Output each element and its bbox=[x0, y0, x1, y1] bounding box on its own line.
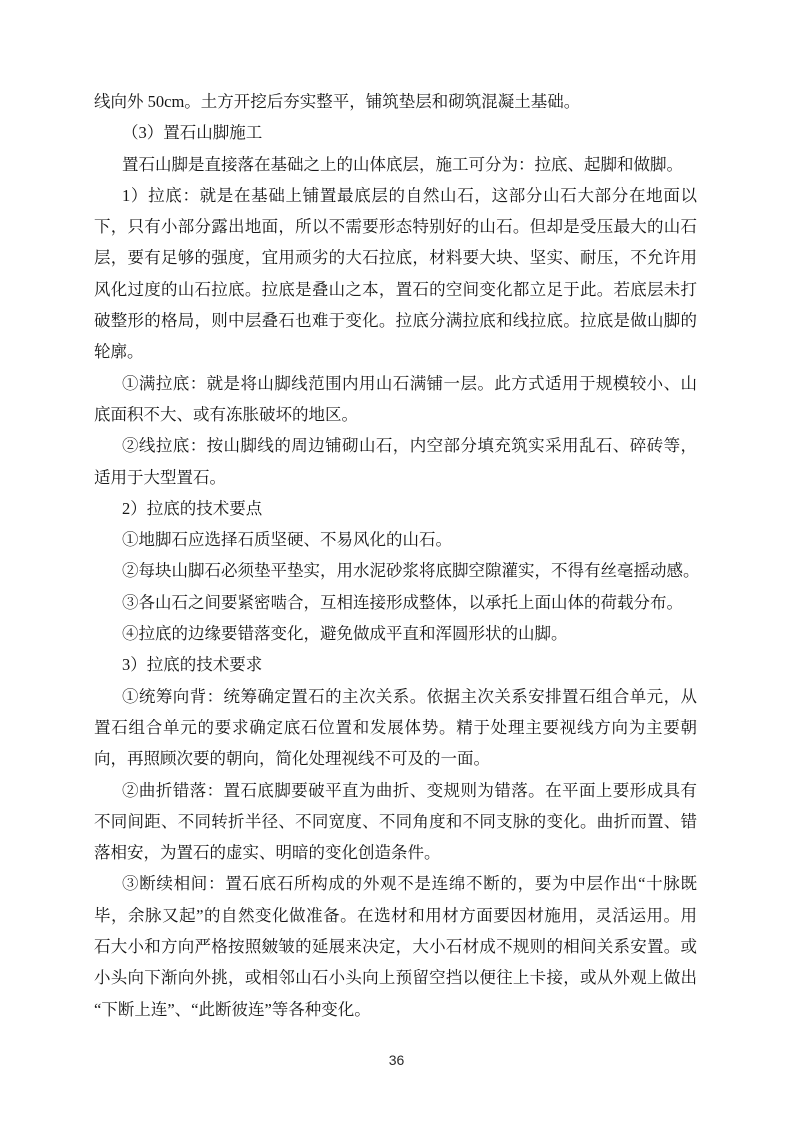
text-line: 层，要有足够的强度，宜用顽劣的大石拉底，材料要大块、坚实、耐压，不允许用 bbox=[94, 242, 697, 273]
text-line: ②每块山脚石必须垫平垫实，用水泥砂浆将底脚空隙灌实，不得有丝毫摇动感。 bbox=[94, 555, 697, 586]
text-line: 不同间距、不同转折半径、不同宽度、不同角度和不同支脉的变化。曲折而置、错 bbox=[94, 806, 697, 837]
text-line: 1）拉底：就是在基础上铺置最底层的自然山石，这部分山石大部分在地面以 bbox=[94, 180, 697, 211]
text-line: ②曲折错落：置石底脚要破平直为曲折、变规则为错落。在平面上要形成具有 bbox=[94, 775, 697, 806]
text-line: 石大小和方向严格按照皴皱的延展来决定，大小石材成不规则的相间关系安置。或 bbox=[94, 931, 697, 962]
page-number: 36 bbox=[0, 1052, 793, 1068]
text-line: （3）置石山脚施工 bbox=[94, 117, 697, 148]
text-line: ①地脚石应选择石质坚硬、不易风化的山石。 bbox=[94, 524, 697, 555]
text-line: ①满拉底：就是将山脚线范围内用山石满铺一层。此方式适用于规模较小、山 bbox=[94, 368, 697, 399]
text-line: 置石山脚是直接落在基础之上的山体底层，施工可分为：拉底、起脚和做脚。 bbox=[94, 149, 697, 180]
text-line: 毕，余脉又起”的自然变化做准备。在选材和用材方面要因材施用，灵活运用。用 bbox=[94, 900, 697, 931]
text-line: 轮廓。 bbox=[94, 336, 697, 367]
text-line: ②线拉底：按山脚线的周边铺砌山石，内空部分填充筑实采用乱石、碎砖等， bbox=[94, 430, 697, 461]
text-line: 落相安，为置石的虚实、明暗的变化创造条件。 bbox=[94, 837, 697, 868]
text-line: ③各山石之间要紧密啮合，互相连接形成整体，以承托上面山体的荷载分布。 bbox=[94, 587, 697, 618]
text-line: 线向外 50cm。土方开挖后夯实整平，铺筑垫层和砌筑混凝土基础。 bbox=[94, 86, 697, 117]
text-line: ①统筹向背：统筹确定置石的主次关系。依据主次关系安排置石组合单元，从 bbox=[94, 681, 697, 712]
text-line: ③断续相间：置石底石所构成的外观不是连绵不断的，要为中层作出“十脉既 bbox=[94, 868, 697, 899]
text-line: 适用于大型置石。 bbox=[94, 462, 697, 493]
text-line: 3）拉底的技术要求 bbox=[94, 649, 697, 680]
text-line: 向，再照顾次要的朝向，简化处理视线不可及的一面。 bbox=[94, 743, 697, 774]
document-page: 线向外 50cm。土方开挖后夯实整平，铺筑垫层和砌筑混凝土基础。（3）置石山脚施… bbox=[0, 0, 793, 1122]
text-line: 置石组合单元的要求确定底石位置和发展体势。精于处理主要视线方向为主要朝 bbox=[94, 712, 697, 743]
text-line: 2）拉底的技术要点 bbox=[94, 493, 697, 524]
text-line: 小头向下渐向外挑，或相邻山石小头向上预留空挡以便往上卡接，或从外观上做出 bbox=[94, 962, 697, 993]
text-line: 下，只有小部分露出地面，所以不需要形态特别好的山石。但却是受压最大的山石 bbox=[94, 211, 697, 242]
text-line: “下断上连”、“此断彼连”等各种变化。 bbox=[94, 994, 697, 1025]
text-line: 底面积不大、或有冻胀破坏的地区。 bbox=[94, 399, 697, 430]
body-text: 线向外 50cm。土方开挖后夯实整平，铺筑垫层和砌筑混凝土基础。（3）置石山脚施… bbox=[94, 86, 697, 1025]
text-line: ④拉底的边缘要错落变化，避免做成平直和浑圆形状的山脚。 bbox=[94, 618, 697, 649]
text-line: 破整形的格局，则中层叠石也难于变化。拉底分满拉底和线拉底。拉底是做山脚的 bbox=[94, 305, 697, 336]
text-line: 风化过度的山石拉底。拉底是叠山之本，置石的空间变化都立足于此。若底层未打 bbox=[94, 274, 697, 305]
